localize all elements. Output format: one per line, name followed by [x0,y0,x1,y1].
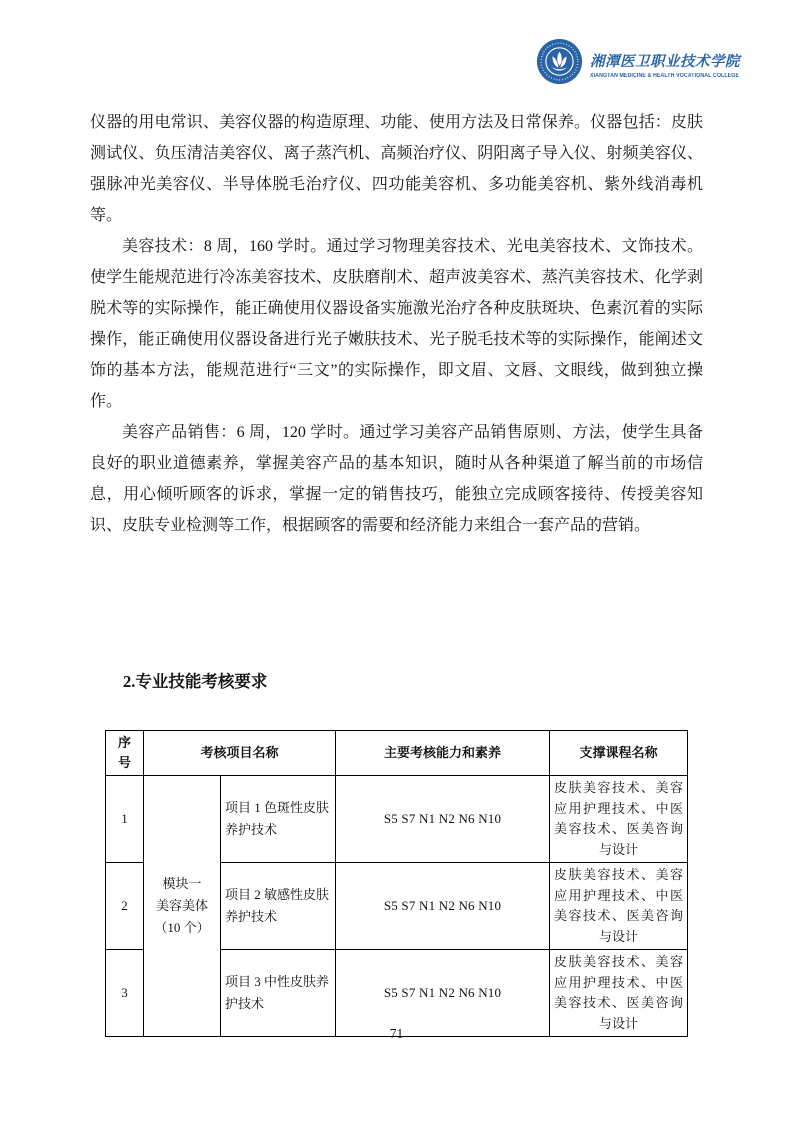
abilities-cell: S5 S7 N1 N2 N6 N10 [336,776,550,863]
table-header-row: 序号 考核项目名称 主要考核能力和素养 支撑课程名称 [106,731,688,776]
body-paragraph: 美容产品销售：6 周，120 学时。通过学习美容产品销售原则、方法，使学生具备良… [90,417,703,541]
body-paragraph: 仪器的用电常识、美容仪器的构造原理、功能、使用方法及日常保养。仪器包括：皮肤测试… [90,107,703,231]
body-text-block: 仪器的用电常识、美容仪器的构造原理、功能、使用方法及日常保养。仪器包括：皮肤测试… [90,107,703,541]
college-name-en: XIANGTAN MEDICINE & HEALTH VOCATIONAL CO… [590,73,739,79]
document-page: 湘潭医卫职业技术学院 XIANGTAN MEDICINE & HEALTH VO… [0,0,793,1122]
college-header: 湘潭医卫职业技术学院 XIANGTAN MEDICINE & HEALTH VO… [536,38,759,90]
row-number-cell: 2 [106,863,144,950]
abilities-cell: S5 S7 N1 N2 N6 N10 [336,950,550,1037]
courses-cell: 皮肤美容技术、美容应用护理技术、中医美容技术、医美咨询与设计 [550,863,688,950]
row-number-cell: 3 [106,950,144,1037]
project-name-cell: 项目 1 色斑性皮肤养护技术 [221,776,336,863]
college-name-zh: 湘潭医卫职业技术学院 [590,50,759,71]
table-row: 1 模块一 美容美体 （10 个） 项目 1 色斑性皮肤养护技术 S5 S7 N… [106,776,688,863]
table-header-abilities: 主要考核能力和素养 [336,731,550,776]
courses-cell: 皮肤美容技术、美容应用护理技术、中医美容技术、医美咨询与设计 [550,950,688,1037]
table-header-seq: 序号 [106,731,144,776]
page-number: 71 [0,1026,793,1042]
courses-cell: 皮肤美容技术、美容应用护理技术、中医美容技术、医美咨询与设计 [550,776,688,863]
module-cell: 模块一 美容美体 （10 个） [144,776,221,1037]
project-name-cell: 项目 3 中性皮肤养护技术 [221,950,336,1037]
abilities-cell: S5 S7 N1 N2 N6 N10 [336,863,550,950]
section-heading: 2.专业技能考核要求 [90,666,703,697]
table-header-project: 考核项目名称 [144,731,336,776]
row-number-cell: 1 [106,776,144,863]
project-name-cell: 项目 2 敏感性皮肤养护技术 [221,863,336,950]
college-emblem-icon [536,38,583,90]
table-header-courses: 支撑课程名称 [550,731,688,776]
assessment-table: 序号 考核项目名称 主要考核能力和素养 支撑课程名称 1 模块一 美容美体 （1… [105,730,688,1037]
body-paragraph: 美容技术：8 周，160 学时。通过学习物理美容技术、光电美容技术、文饰技术。使… [90,231,703,417]
